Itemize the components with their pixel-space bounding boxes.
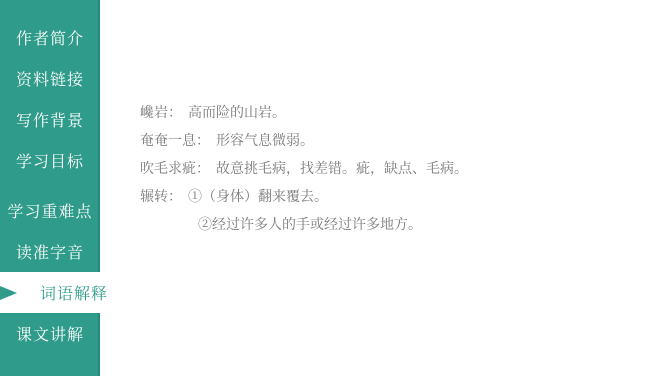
definition-term: 巉岩： [140, 104, 182, 120]
sidebar-item-label: 资料链接 [16, 67, 84, 90]
sidebar-item-7[interactable]: 课文讲解 [0, 313, 100, 354]
sidebar-item-5[interactable]: 读准字音 [0, 231, 100, 272]
definition-line-4: ②经过许多人的手或经过许多地方。 [140, 210, 468, 238]
sidebar-item-4[interactable]: 学习重难点 [0, 190, 100, 231]
definition-text: ①（身体）翻来覆去。 [188, 188, 328, 204]
selected-item-arrow-icon [0, 286, 17, 300]
sidebar-item-label: 课文讲解 [16, 322, 84, 345]
definition-line-3: 辗转：①（身体）翻来覆去。 [140, 182, 468, 210]
definition-line-0: 巉岩：高而险的山岩。 [140, 98, 468, 126]
sidebar-item-0[interactable]: 作者简介 [0, 17, 100, 58]
definition-line-1: 奄奄一息：形容气息微弱。 [140, 126, 468, 154]
sidebar-nav: 作者简介资料链接写作背景学习目标学习重难点读准字音词语解释课文讲解 [0, 0, 100, 354]
sidebar-item-label: 读准字音 [16, 240, 84, 263]
sidebar-item-3[interactable]: 学习目标 [0, 140, 100, 181]
sidebar-item-label: 作者简介 [16, 26, 84, 49]
sidebar-item-label: 写作背景 [16, 108, 84, 131]
sidebar: 作者简介资料链接写作背景学习目标学习重难点读准字音词语解释课文讲解 [0, 0, 100, 376]
definition-term: 吹毛求疵： [140, 160, 210, 176]
definitions-list: 巉岩：高而险的山岩。奄奄一息：形容气息微弱。吹毛求疵：故意挑毛病，找差错。疵，缺… [140, 98, 468, 238]
definition-text: 形容气息微弱。 [216, 132, 314, 148]
definition-text: ②经过许多人的手或经过许多地方。 [198, 216, 422, 232]
sidebar-item-label: 词语解释 [40, 281, 108, 304]
definition-text: 高而险的山岩。 [188, 104, 286, 120]
sidebar-item-2[interactable]: 写作背景 [0, 99, 100, 140]
definition-term: 辗转： [140, 188, 182, 204]
sidebar-item-label: 学习目标 [16, 149, 84, 172]
definition-line-2: 吹毛求疵：故意挑毛病，找差错。疵，缺点、毛病。 [140, 154, 468, 182]
sidebar-item-label: 学习重难点 [7, 199, 92, 222]
slide: 作者简介资料链接写作背景学习目标学习重难点读准字音词语解释课文讲解 巉岩：高而险… [0, 0, 668, 376]
sidebar-item-6[interactable]: 词语解释 [0, 272, 116, 313]
definition-text: 故意挑毛病，找差错。疵，缺点、毛病。 [216, 160, 468, 176]
sidebar-item-1[interactable]: 资料链接 [0, 58, 100, 99]
definition-term: 奄奄一息： [140, 132, 210, 148]
